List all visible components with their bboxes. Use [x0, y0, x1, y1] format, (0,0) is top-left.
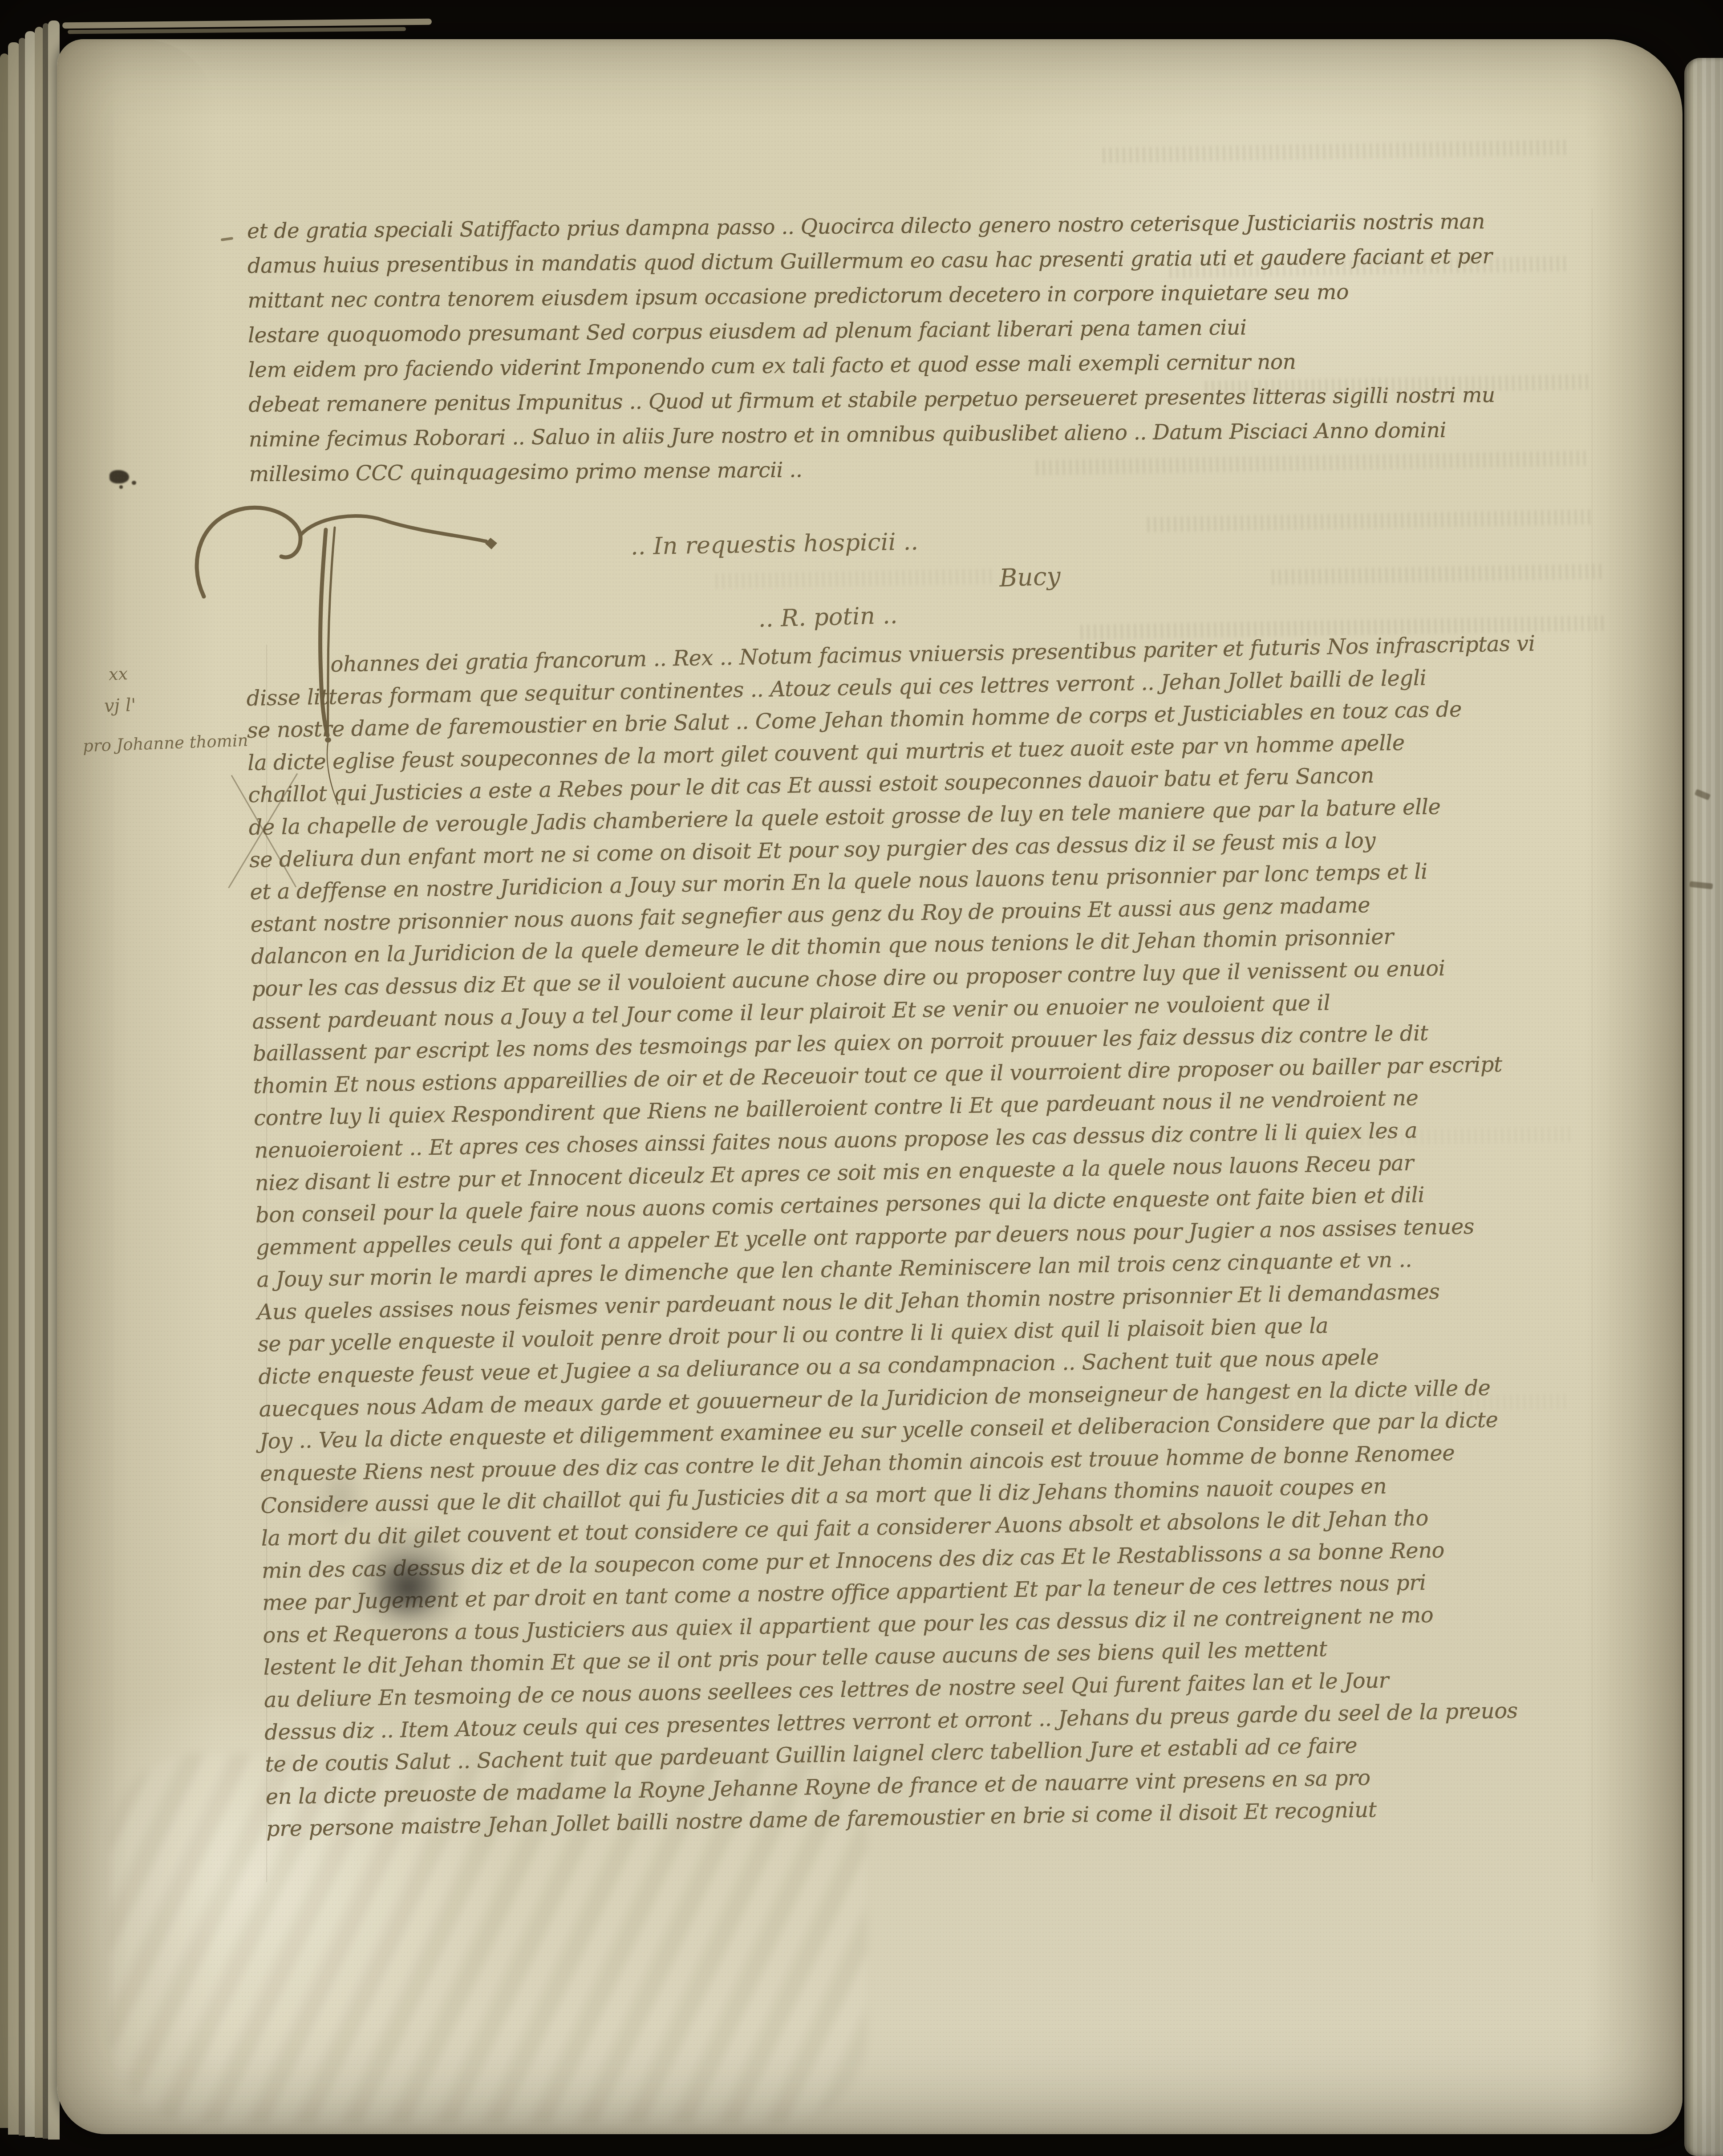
ink-blot-dot: [119, 485, 123, 489]
parchment-page: et de gratia speciali Satiffacto prius d…: [57, 39, 1682, 2134]
verso-show-through: [716, 569, 992, 589]
ink-blot-dot: [132, 481, 136, 485]
french-text-block: ohannes dei gratia francorum .. Rex .. N…: [246, 630, 1607, 1849]
verso-show-through: [1103, 140, 1570, 163]
page-edge-strip: [25, 31, 36, 2137]
verso-show-through: [1147, 509, 1593, 532]
page-edge-strip: [8, 42, 20, 2135]
margin-amount-bottom: vj l': [104, 695, 136, 716]
margin-tick: [221, 237, 234, 241]
chancery-signature-potin: .. R. potin ..: [721, 601, 935, 634]
page-edge-strip: [0, 53, 9, 2128]
margin-amount-top: xx: [108, 664, 128, 684]
next-page-edge: [1684, 58, 1723, 2156]
ink-blot: [109, 470, 129, 483]
verso-show-through: [1272, 564, 1601, 585]
chancery-signature-bucy: Bucy: [999, 562, 1061, 593]
latin-text-block: et de gratia speciali Satiffacto prius d…: [247, 208, 1589, 497]
chancery-note-in-requestis: .. In requestis hospicii ..: [619, 528, 931, 560]
next-page-crease: [1684, 58, 1723, 2156]
page-edge-strip: [35, 27, 44, 2138]
manuscript-photo: et de gratia speciali Satiffacto prius d…: [0, 0, 1723, 2156]
